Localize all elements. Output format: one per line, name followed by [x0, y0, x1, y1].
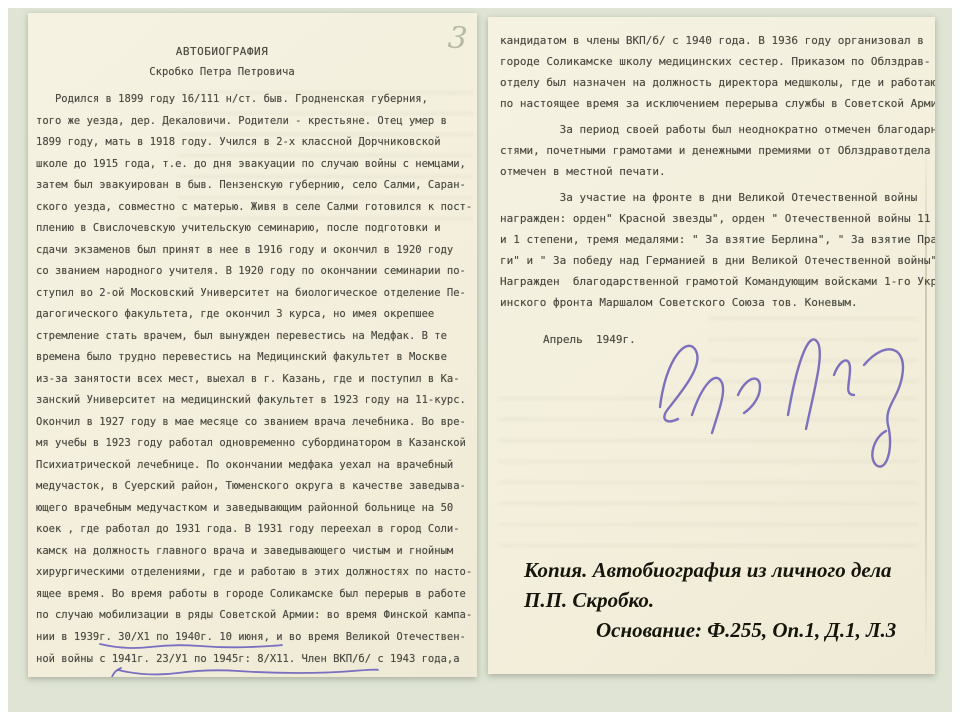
typed-line: ги" и " За победу над Германией в дни Ве…: [500, 254, 935, 267]
typed-line: ющего врачебным медучастком и заведывающ…: [36, 502, 453, 515]
bleed-through-texture: [708, 317, 918, 387]
typed-line: затем был эвакуирован в быв. Пензенскую …: [36, 179, 466, 192]
typed-line: камск на должность главного врача и заве…: [36, 545, 453, 558]
typed-line: награжден: орден" Красной звезды", орден…: [500, 212, 930, 225]
typed-line: ящее время. Во время работы в городе Сол…: [36, 588, 466, 601]
right-page: кандидатом в члены ВКП/б/ с 1940 года. В…: [488, 17, 935, 674]
typed-line: плению в Свислочевскую учительскую семин…: [36, 222, 441, 235]
typed-line: За период своей работы был неоднократно …: [500, 123, 935, 136]
typed-line: За участие на фронте в дни Великой Отече…: [500, 191, 917, 204]
typed-line: по настоящее время за исключением переры…: [500, 97, 935, 110]
typed-line: дагогического факультета, где окончил 3 …: [36, 308, 434, 321]
typed-line: медучасток, в Суерский район, Тюменского…: [36, 480, 466, 493]
typed-line: кандидатом в члены ВКП/б/ с 1940 года. В…: [500, 34, 924, 47]
typed-line: времена было трудно перевестись на Медиц…: [36, 351, 447, 364]
typed-line: Окончил в 1927 году в мае месяце со зван…: [36, 416, 466, 429]
typed-line: отделу был назначен на должность директо…: [500, 76, 935, 89]
archive-photo-frame: 3 АВТОБИОГРАФИЯ Скробко Петра Петровича …: [0, 0, 960, 720]
bleed-through-texture: [498, 397, 918, 547]
typed-line: занский Университет на медицинский факул…: [36, 394, 466, 407]
typed-line: 1899 году, мать в 1918 году. Учился в 2-…: [36, 136, 441, 149]
typed-line: Психиатрической лечебнице. По окончании …: [36, 459, 453, 472]
page-number-pencil: 3: [447, 20, 469, 57]
caption-line-1: Копия. Автобиография из личного дела: [524, 555, 928, 585]
caption-line-2: П.П. Скробко.: [524, 585, 928, 615]
typed-line: городе Соликамске школу медицинских сест…: [500, 55, 930, 68]
document-subtitle: Скробко Петра Петровича: [28, 66, 416, 78]
left-page: 3 АВТОБИОГРАФИЯ Скробко Петра Петровича …: [28, 13, 477, 677]
typed-line: инского фронта Маршалом Советского Союза…: [500, 296, 858, 309]
typed-line: ной войны с 1941г. 23/У1 по 1945г: 8/Х11…: [36, 653, 460, 666]
typed-line: Награжден благодарственной грамотой Кома…: [500, 275, 935, 288]
typed-line: стремление стать врачем, был вынужден пе…: [36, 330, 447, 343]
typed-line: нии в 1939г. 30/Х1 по 1940г. 10 июня, и …: [36, 631, 466, 644]
typed-line: по случаю мобилизации в ряды Советской А…: [36, 609, 472, 622]
typed-line: отмечен в местной печати.: [500, 165, 666, 178]
caption-line-3: Основание: Ф.255, Оп.1, Д.1, Л.3: [596, 615, 928, 645]
caption: Копия. Автобиография из личного дела П.П…: [524, 555, 928, 645]
typed-line: сдачи экзаменов был принят в нее в 1916 …: [36, 244, 453, 257]
typed-line: коек , где работал до 1931 года. В 1931 …: [36, 523, 460, 536]
typed-line: и 1 степени, тремя медалями: " За взятие…: [500, 233, 935, 246]
typed-line: ского уезда, совместно с матерью. Живя в…: [36, 201, 472, 214]
date-line: Апрель 1949г.: [543, 333, 636, 346]
typed-line: мя учебы в 1923 году работал одновременн…: [36, 437, 466, 450]
typed-line: Родился в 1899 году 16/111 н/ст. быв. Гр…: [36, 93, 428, 106]
typed-line: школе до 1915 года, т.е. до дня эвакуаци…: [36, 158, 466, 171]
typed-line: того же уезда, дер. Декаловичи. Родители…: [36, 115, 447, 128]
typed-line: хирургическими отделениями, где и работа…: [36, 566, 472, 579]
typed-line: стями, почетными грамотами и денежными п…: [500, 144, 930, 157]
typed-line: ступил во 2-ой Московский Университет на…: [36, 287, 466, 300]
document-title: АВТОБИОГРАФИЯ: [28, 45, 416, 58]
typed-line: из-за занятости всех мест, выехал в г. К…: [36, 373, 460, 386]
typed-line: со званием народного учителя. В 1920 год…: [36, 265, 466, 278]
